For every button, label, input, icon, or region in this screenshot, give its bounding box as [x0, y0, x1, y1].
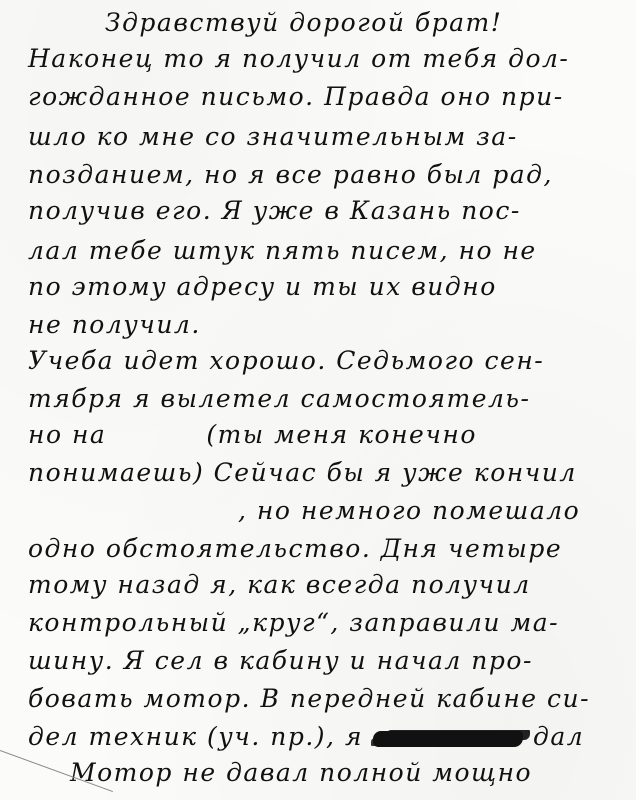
- letter-line: но на(ты меня конечно: [28, 420, 477, 449]
- letter-line: контрольный „круг“, заправили ма-: [28, 608, 559, 637]
- letter-greeting: Здравствуй дорогой брат!: [105, 8, 502, 37]
- letter-line: , но немного помешало: [28, 496, 580, 525]
- letter-line: тября я вылетел самостоятель-: [28, 384, 530, 413]
- letter-line: шло ко мне со значительным за-: [28, 122, 518, 151]
- letter-line: Наконец то я получил от тебя дол-: [28, 44, 569, 73]
- letter-line: бовать мотор. В передней кабине си-: [28, 684, 590, 713]
- letter-text: , но немного помешало: [238, 496, 580, 525]
- letter-line: получив его. Я уже в Казань пос-: [28, 196, 521, 225]
- letter-line: понимаешь) Сейчас бы я уже кончил: [28, 458, 577, 487]
- letter-text: (ты меня конечно: [206, 420, 477, 449]
- letter-line: позданием, но я все равно был рад,: [28, 160, 553, 189]
- letter-line: Мотор не давал полной мощно: [70, 758, 532, 787]
- letter-line: дел техник (уч. пр.), ядал: [28, 722, 584, 751]
- letter-text: но на: [28, 420, 106, 449]
- letter-page: Здравствуй дорогой брат! Наконец то я по…: [0, 0, 636, 800]
- redaction-scribble: [373, 731, 523, 747]
- letter-line: гожданное письмо. Правда оно при-: [28, 82, 564, 111]
- letter-line: не получил.: [28, 310, 201, 339]
- letter-line: тому назад я, как всегда получил: [28, 570, 531, 599]
- letter-line: одно обстоятельство. Дня четыре: [28, 534, 562, 563]
- letter-line: по этому адресу и ты их видно: [28, 272, 497, 301]
- letter-line: лал тебе штук пять писем, но не: [28, 236, 537, 265]
- letter-line: шину. Я сел в кабину и начал про-: [28, 646, 533, 675]
- letter-text: дал: [533, 722, 584, 751]
- letter-text: дел техник (уч. пр.), я: [28, 722, 363, 751]
- letter-line: Учеба идет хорошо. Седьмого сен-: [28, 346, 544, 375]
